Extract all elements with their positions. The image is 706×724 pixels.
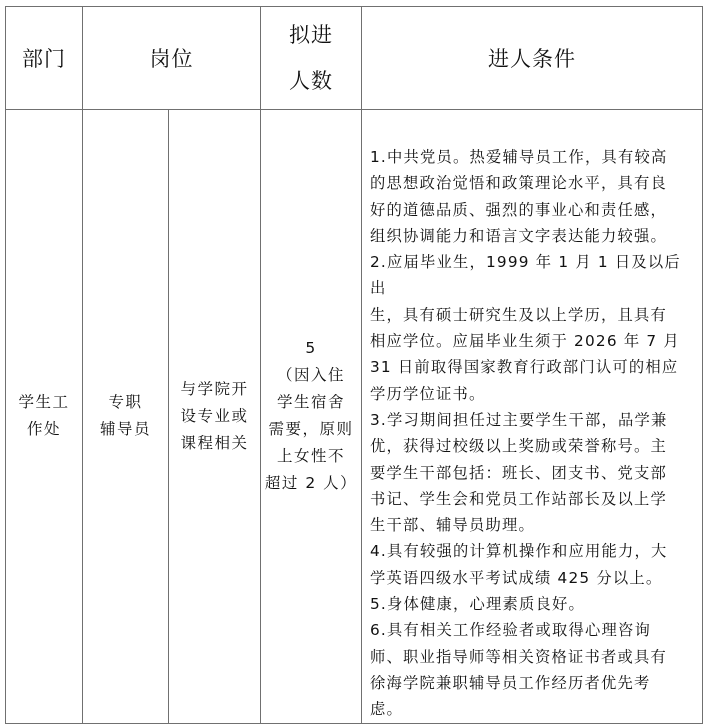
requirement-line: 的思想政治觉悟和政策理论水平，具有良 <box>370 170 696 196</box>
requirement-line: 虑。 <box>370 696 696 722</box>
header-department: 部门 <box>6 7 83 110</box>
requirement-line: 1.中共党员。热爱辅导员工作，具有较高 <box>370 144 696 170</box>
requirement-line: 好的道德品质、强烈的事业心和责任感， <box>370 197 696 223</box>
headcount-note-line: 需要，原则 <box>261 416 361 443</box>
position-cell: 专职 辅导员 <box>83 110 169 724</box>
department-line: 学生工 <box>6 389 82 416</box>
header-headcount: 拟进 人数 <box>261 7 362 110</box>
table-row: 学生工 作处 专职 辅导员 与学院开 设专业或 课程相关 5 （因入住 学生宿舍… <box>6 110 703 724</box>
requirement-line: 师、职业指导师等相关资格证书者或具有 <box>370 644 696 670</box>
headcount-value: 5 <box>261 335 361 362</box>
requirement-line: 要学生干部包括：班长、团支书、党支部 <box>370 460 696 486</box>
headcount-cell: 5 （因入住 学生宿舍 需要，原则 上女性不 超过 2 人） <box>261 110 362 724</box>
major-line: 设专业或 <box>169 403 260 430</box>
requirement-line: 5.身体健康，心理素质良好。 <box>370 591 696 617</box>
header-row: 部门 岗位 拟进 人数 进人条件 <box>6 7 703 110</box>
header-headcount-line1: 拟进 <box>261 12 361 58</box>
major-line: 课程相关 <box>169 430 260 457</box>
headcount-note-line: 上女性不 <box>261 443 361 470</box>
department-cell: 学生工 作处 <box>6 110 83 724</box>
requirement-line: 2.应届毕业生，1999 年 1 月 1 日及以后出 <box>370 249 696 302</box>
header-headcount-line2: 人数 <box>261 58 361 104</box>
major-line: 与学院开 <box>169 376 260 403</box>
headcount-note-line: （因入住 <box>261 362 361 389</box>
requirement-line: 相应学位。应届毕业生须于 2026 年 7 月 <box>370 328 696 354</box>
requirement-line: 31 日前取得国家教育行政部门认可的相应 <box>370 354 696 380</box>
position-line: 辅导员 <box>83 416 168 443</box>
department-line: 作处 <box>6 416 82 443</box>
requirement-line: 徐海学院兼职辅导员工作经历者优先考 <box>370 670 696 696</box>
requirement-line: 学历学位证书。 <box>370 381 696 407</box>
headcount-note-line: 学生宿舍 <box>261 389 361 416</box>
requirement-line: 书记、学生会和党员工作站部长及以上学 <box>370 486 696 512</box>
requirement-line: 3.学习期间担任过主要学生干部，品学兼 <box>370 407 696 433</box>
requirement-line: 生，具有硕士研究生及以上学历，且具有 <box>370 302 696 328</box>
requirement-line: 6.具有相关工作经验者或取得心理咨询 <box>370 617 696 643</box>
headcount-note-line: 超过 2 人） <box>261 470 361 497</box>
requirement-line: 组织协调能力和语言文字表达能力较强。 <box>370 223 696 249</box>
requirement-line: 生干部、辅导员助理。 <box>370 512 696 538</box>
header-requirements: 进人条件 <box>362 7 703 110</box>
requirements-cell: 1.中共党员。热爱辅导员工作，具有较高 的思想政治觉悟和政策理论水平，具有良 好… <box>362 110 703 724</box>
requirement-line: 优，获得过校级以上奖励或荣誉称号。主 <box>370 433 696 459</box>
recruitment-table: 部门 岗位 拟进 人数 进人条件 学生工 作处 专职 辅导员 与学院开 设专业或… <box>5 6 703 724</box>
requirement-line: 学英语四级水平考试成绩 425 分以上。 <box>370 565 696 591</box>
major-cell: 与学院开 设专业或 课程相关 <box>169 110 261 724</box>
requirement-line: 4.具有较强的计算机操作和应用能力，大 <box>370 538 696 564</box>
header-position: 岗位 <box>83 7 261 110</box>
position-line: 专职 <box>83 389 168 416</box>
